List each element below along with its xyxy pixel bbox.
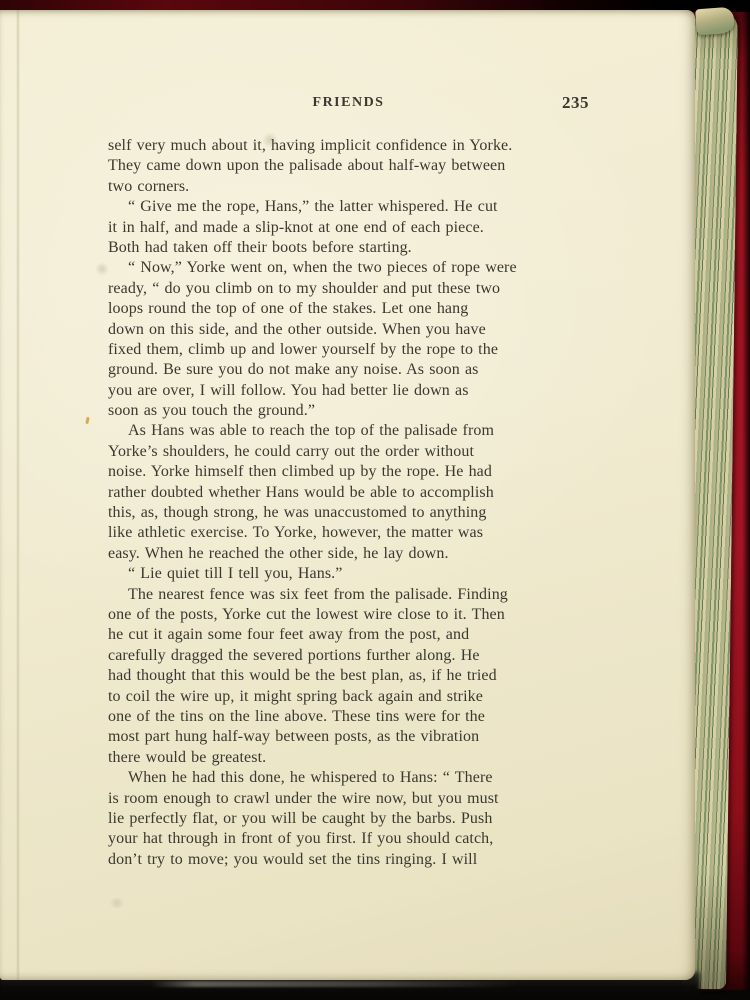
text-line: noise. Yorke himself then climbed up by … bbox=[108, 462, 589, 482]
text-line: most part hung half-way between posts, a… bbox=[108, 727, 589, 747]
text-line: you are over, I will follow. You had bet… bbox=[108, 381, 589, 401]
paper-mark bbox=[85, 417, 89, 424]
text-line: down on this side, and the other outside… bbox=[108, 320, 589, 340]
text-line: rather doubted whether Hans would be abl… bbox=[108, 483, 589, 503]
paper-smudge bbox=[108, 898, 126, 908]
text-line: your hat through in front of you first. … bbox=[108, 829, 589, 849]
body-text-block: self very much about it, having implicit… bbox=[108, 136, 589, 870]
text-line: to coil the wire up, it might spring bac… bbox=[108, 687, 589, 707]
page-crease bbox=[16, 10, 20, 980]
text-line: “ Give me the rope, Hans,” the latter wh… bbox=[108, 197, 589, 217]
text-line: one of the tins on the line above. These… bbox=[108, 707, 589, 727]
text-line: two corners. bbox=[108, 177, 589, 197]
page-number: 235 bbox=[562, 93, 589, 113]
text-line: had thought that this would be the best … bbox=[108, 666, 589, 686]
text-line: “ Lie quiet till I tell you, Hans.” bbox=[108, 564, 589, 584]
text-line: self very much about it, having implicit… bbox=[108, 136, 589, 156]
text-line: is room enough to crawl under the wire n… bbox=[108, 789, 589, 809]
text-line: Both had taken off their boots before st… bbox=[108, 238, 589, 258]
book-page: FRIENDS 235 self very much about it, hav… bbox=[0, 10, 695, 980]
text-line: “ Now,” Yorke went on, when the two piec… bbox=[108, 258, 589, 278]
text-line: ground. Be sure you do not make any nois… bbox=[108, 360, 589, 380]
text-line: fixed them, climb up and lower yourself … bbox=[108, 340, 589, 360]
text-line: ready, “ do you climb on to my shoulder … bbox=[108, 279, 589, 299]
page-header: FRIENDS 235 bbox=[108, 95, 589, 115]
table-edge-highlight bbox=[150, 981, 520, 987]
text-line: one of the posts, Yorke cut the lowest w… bbox=[108, 605, 589, 625]
text-line: As Hans was able to reach the top of the… bbox=[108, 421, 589, 441]
running-title: FRIENDS bbox=[108, 95, 589, 111]
text-line: soon as you touch the ground.” bbox=[108, 401, 589, 421]
text-line: like athletic exercise. To Yorke, howeve… bbox=[108, 523, 589, 543]
paper-smudge bbox=[95, 262, 109, 276]
text-line: They came down upon the palisade about h… bbox=[108, 156, 589, 176]
text-line: easy. When he reached the other side, he… bbox=[108, 544, 589, 564]
text-line: this, as, though strong, he was unaccust… bbox=[108, 503, 589, 523]
text-line: there would be greatest. bbox=[108, 748, 589, 768]
book-photograph: FRIENDS 235 self very much about it, hav… bbox=[0, 0, 750, 1000]
text-line: loops round the top of one of the stakes… bbox=[108, 299, 589, 319]
text-line: don’t try to move; you would set the tin… bbox=[108, 850, 589, 870]
text-line: carefully dragged the severed portions f… bbox=[108, 646, 589, 666]
text-line: he cut it again some four feet away from… bbox=[108, 625, 589, 645]
text-line: When he had this done, he whispered to H… bbox=[108, 768, 589, 788]
text-line: The nearest fence was six feet from the … bbox=[108, 585, 589, 605]
text-line: it in half, and made a slip-knot at one … bbox=[108, 218, 589, 238]
text-line: Yorke’s shoulders, he could carry out th… bbox=[108, 442, 589, 462]
text-line: lie perfectly flat, or you will be caugh… bbox=[108, 809, 589, 829]
